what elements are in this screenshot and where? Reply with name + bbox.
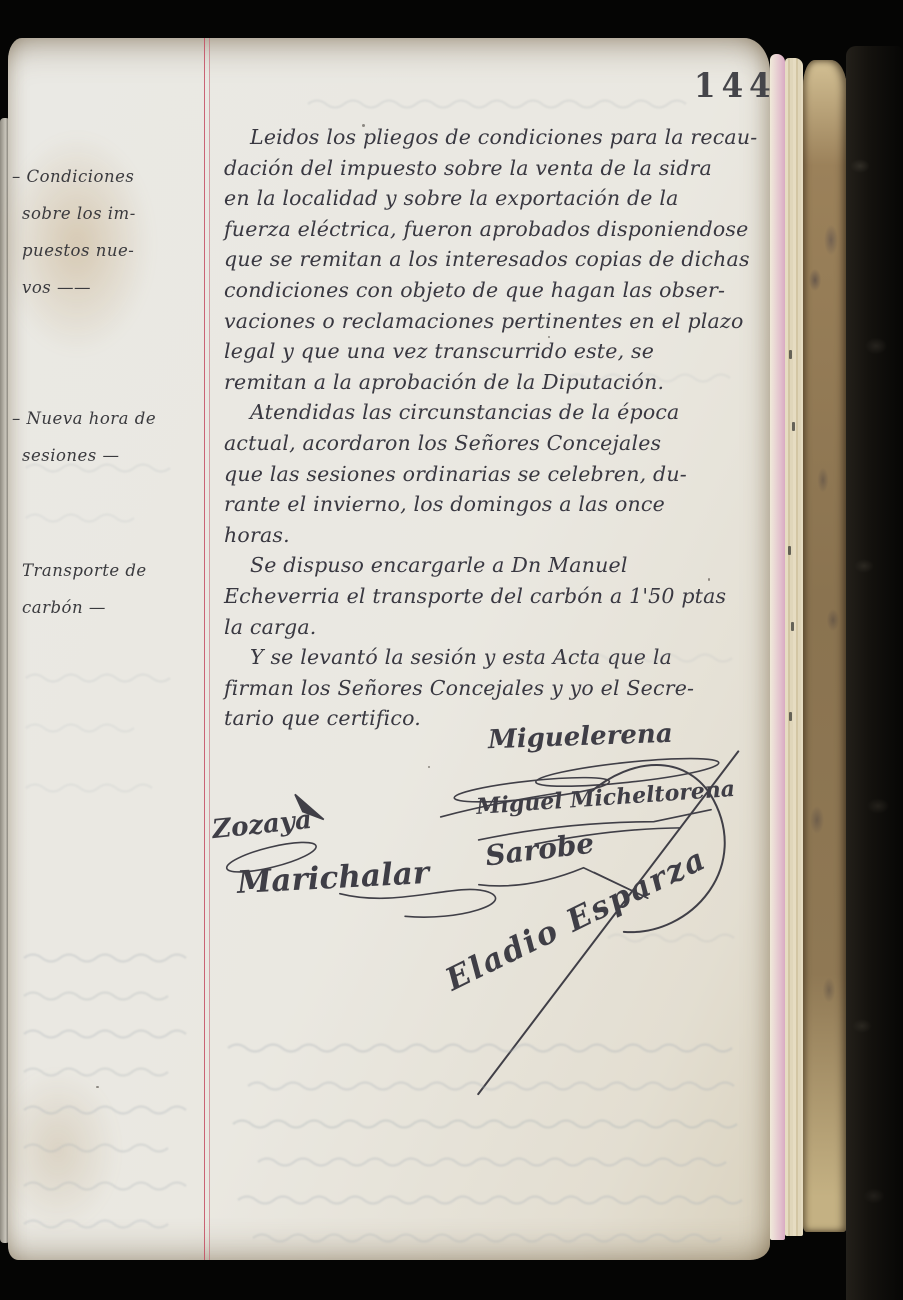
manuscript-page: 144 – Condiciones sobre los im- puestos … — [8, 38, 770, 1260]
stray-ink-mark — [789, 350, 792, 359]
bleedthrough-line — [26, 465, 170, 472]
bleedthrough-line — [24, 955, 186, 962]
stray-ink-mark — [788, 546, 791, 555]
bleedthrough-line — [24, 1183, 186, 1190]
bleedthrough-line — [24, 1145, 168, 1152]
bleedthrough-line — [24, 1221, 168, 1228]
bleedthrough-line — [233, 1121, 737, 1128]
bleedthrough-line — [26, 515, 134, 522]
bleedthrough-line — [26, 725, 134, 732]
bleedthrough-line — [238, 1197, 742, 1204]
bleedthrough-ink — [8, 38, 770, 1260]
stray-ink-mark — [791, 622, 794, 631]
bleedthrough-line — [248, 1083, 734, 1090]
bleedthrough-line — [26, 785, 152, 792]
stray-ink-mark — [789, 712, 792, 721]
bleedthrough-line — [228, 1045, 732, 1052]
bleedthrough-line — [608, 935, 734, 942]
bleedthrough-line — [258, 1159, 726, 1166]
book-fore-edge — [803, 60, 847, 1232]
bleedthrough-line — [253, 1235, 721, 1242]
bleedthrough-line — [568, 375, 730, 382]
bleedthrough-line — [26, 675, 170, 682]
bleedthrough-line — [24, 993, 168, 1000]
bleedthrough-line — [308, 101, 686, 108]
bleedthrough-line — [24, 1031, 186, 1038]
bleedthrough-line — [588, 655, 732, 662]
stray-ink-mark — [792, 422, 795, 431]
bleedthrough-line — [24, 1107, 186, 1114]
page-curl-edge — [770, 54, 785, 1240]
bleedthrough-line — [24, 1069, 168, 1076]
book-cover-edge — [846, 46, 903, 1300]
book-photo: 144 – Condiciones sobre los im- puestos … — [0, 0, 903, 1300]
under-pages-edge — [785, 58, 803, 1236]
